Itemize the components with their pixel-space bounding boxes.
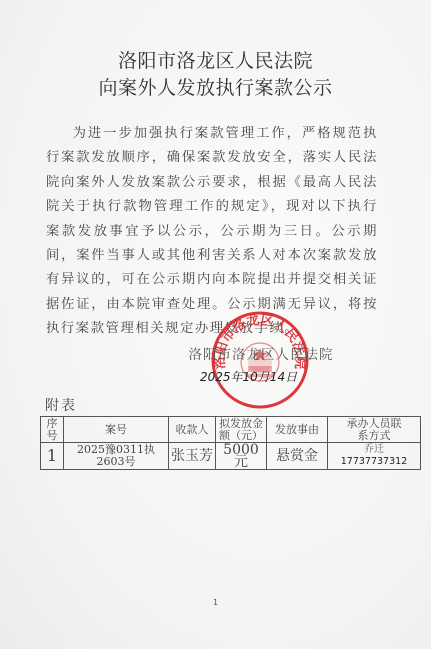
signing-authority: 洛阳市洛龙区人民法院	[186, 343, 336, 363]
cell-case-no: 2025豫0311执2603号	[64, 443, 169, 470]
header-seq: 序号	[41, 417, 64, 443]
cell-contact: 乔迁 17737737312	[328, 443, 421, 470]
table-header-row: 序号 案号 收款人 拟发放金 额（元） 发放事由 承办人员联 系方式	[41, 417, 421, 443]
notice-title: 向案外人发放执行案款公示	[0, 73, 431, 100]
contact-phone: 17737737312	[330, 456, 418, 468]
header-contact-line1: 承办人员联	[330, 418, 418, 430]
header-amount: 拟发放金 额（元）	[216, 417, 267, 443]
cell-payee: 张玉芳	[169, 443, 216, 470]
cell-reason: 悬赏金	[267, 443, 328, 470]
page-number: 1	[0, 598, 431, 607]
body-paragraph: 为进一步加强执行案款管理工作，严格规范执行案款发放顺序，确保案款发放安全，落实人…	[46, 122, 378, 342]
cell-amount: 5000元	[216, 443, 267, 470]
document-page: 洛阳市洛龙区人民法院 向案外人发放执行案款公示 为进一步加强执行案款管理工作，严…	[0, 0, 431, 649]
signing-date: 2025年10月14日	[200, 368, 320, 385]
contact-name: 乔迁	[330, 444, 418, 456]
disbursement-table: 序号 案号 收款人 拟发放金 额（元） 发放事由 承办人员联 系方式 1 202…	[40, 416, 421, 470]
court-name-title: 洛阳市洛龙区人民法院	[0, 46, 431, 73]
header-reason: 发放事由	[267, 417, 328, 443]
header-contact-line2: 系方式	[330, 430, 418, 442]
header-amount-line1: 拟发放金	[218, 418, 264, 430]
header-amount-line2: 额（元）	[218, 430, 264, 442]
cell-seq: 1	[41, 443, 64, 470]
header-contact: 承办人员联 系方式	[328, 417, 421, 443]
header-payee: 收款人	[169, 417, 216, 443]
annex-label: 附表	[45, 395, 77, 415]
notice-body: 为进一步加强执行案款管理工作，严格规范执行案款发放顺序，确保案款发放安全，落实人…	[46, 122, 378, 342]
table-row: 1 2025豫0311执2603号 张玉芳 5000元 悬赏金 乔迁 17737…	[41, 443, 421, 470]
header-case-no: 案号	[64, 417, 169, 443]
